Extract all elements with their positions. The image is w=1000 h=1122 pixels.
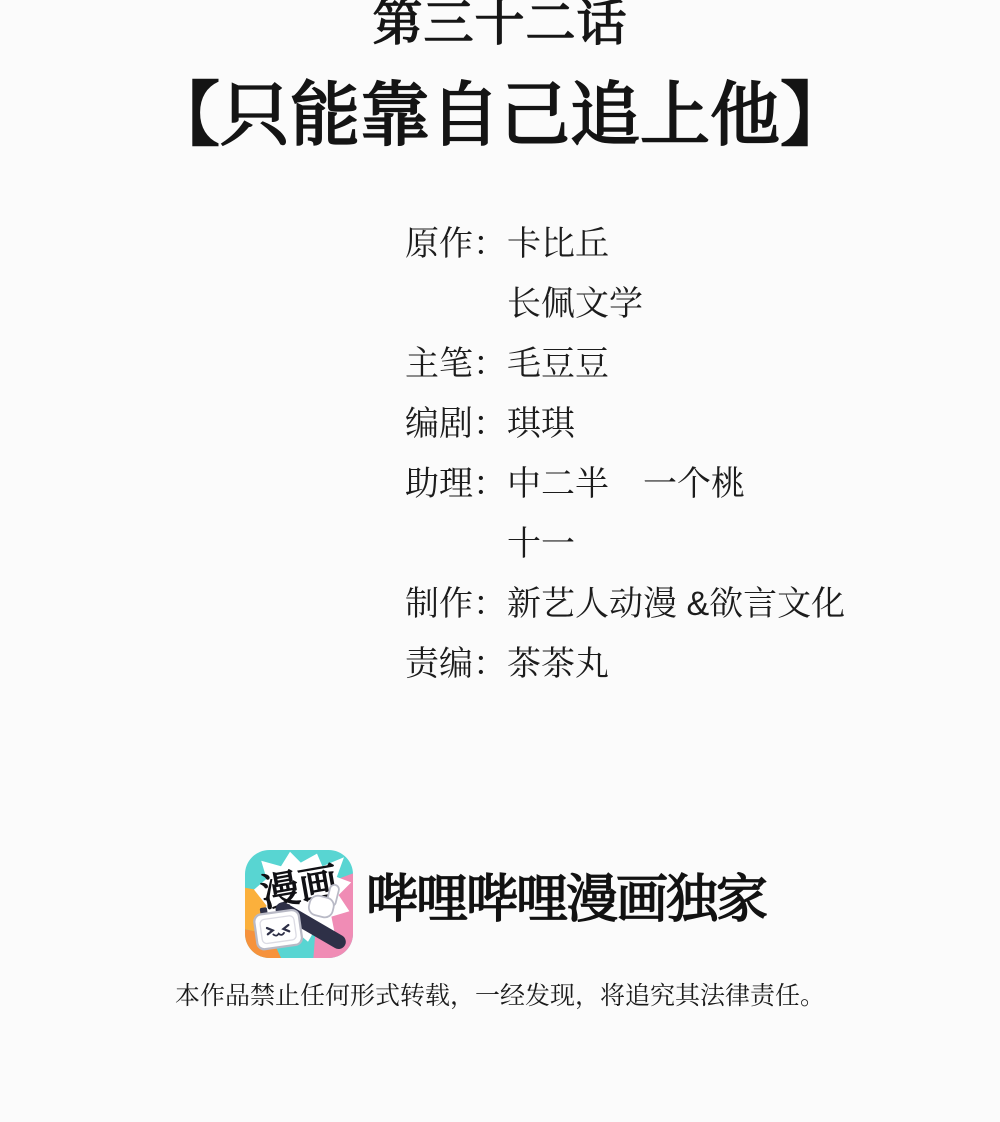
- brand-text: 哔哩哔哩漫画独家: [366, 869, 766, 933]
- bilibili-manga-app-icon: 漫画: [245, 848, 353, 960]
- credit-row-production: 制作： 新艺人动漫 &欲言文化: [405, 574, 845, 634]
- credit-label: 原作：: [405, 214, 507, 274]
- credit-value: 十一: [507, 514, 575, 574]
- copyright-disclaimer: 本作品禁止任何形式转载，一经发现，将追究其法律责任。: [0, 980, 1000, 1012]
- credit-label: 制作：: [405, 574, 507, 634]
- credit-value: 新艺人动漫 &欲言文化: [507, 574, 845, 634]
- credit-row-editor: 责编： 茶茶丸: [405, 634, 845, 694]
- credit-row-original-source: 长佩文学: [405, 274, 845, 334]
- credit-row-screenwriter: 编剧： 琪琪: [405, 394, 845, 454]
- credit-label: 责编：: [405, 634, 507, 694]
- credits-block: 原作： 卡比丘 长佩文学 主笔： 毛豆豆 编剧： 琪琪 助理： 中二半 一个桃 …: [405, 214, 845, 694]
- credit-value: 茶茶丸: [507, 634, 609, 694]
- credit-row-lead-artist: 主笔： 毛豆豆: [405, 334, 845, 394]
- credit-label: 助理：: [405, 454, 507, 514]
- credit-label: [405, 514, 507, 574]
- credit-row-original-author: 原作： 卡比丘: [405, 214, 845, 274]
- credit-label: 编剧：: [405, 394, 507, 454]
- credit-label: [405, 274, 507, 334]
- credit-value: 琪琪: [507, 394, 575, 454]
- credit-value: 毛豆豆: [507, 334, 609, 394]
- credit-value: 中二半 一个桃: [507, 454, 745, 514]
- credit-row-assistants-cont: 十一: [405, 514, 845, 574]
- credit-value: 卡比丘: [507, 214, 609, 274]
- chapter-label: 第三十二话: [0, 0, 1000, 52]
- credit-row-assistants: 助理： 中二半 一个桃: [405, 454, 845, 514]
- credit-label: 主笔：: [405, 334, 507, 394]
- page-title: 【只能靠自己追上他】: [0, 74, 1000, 156]
- credit-value: 长佩文学: [507, 274, 643, 334]
